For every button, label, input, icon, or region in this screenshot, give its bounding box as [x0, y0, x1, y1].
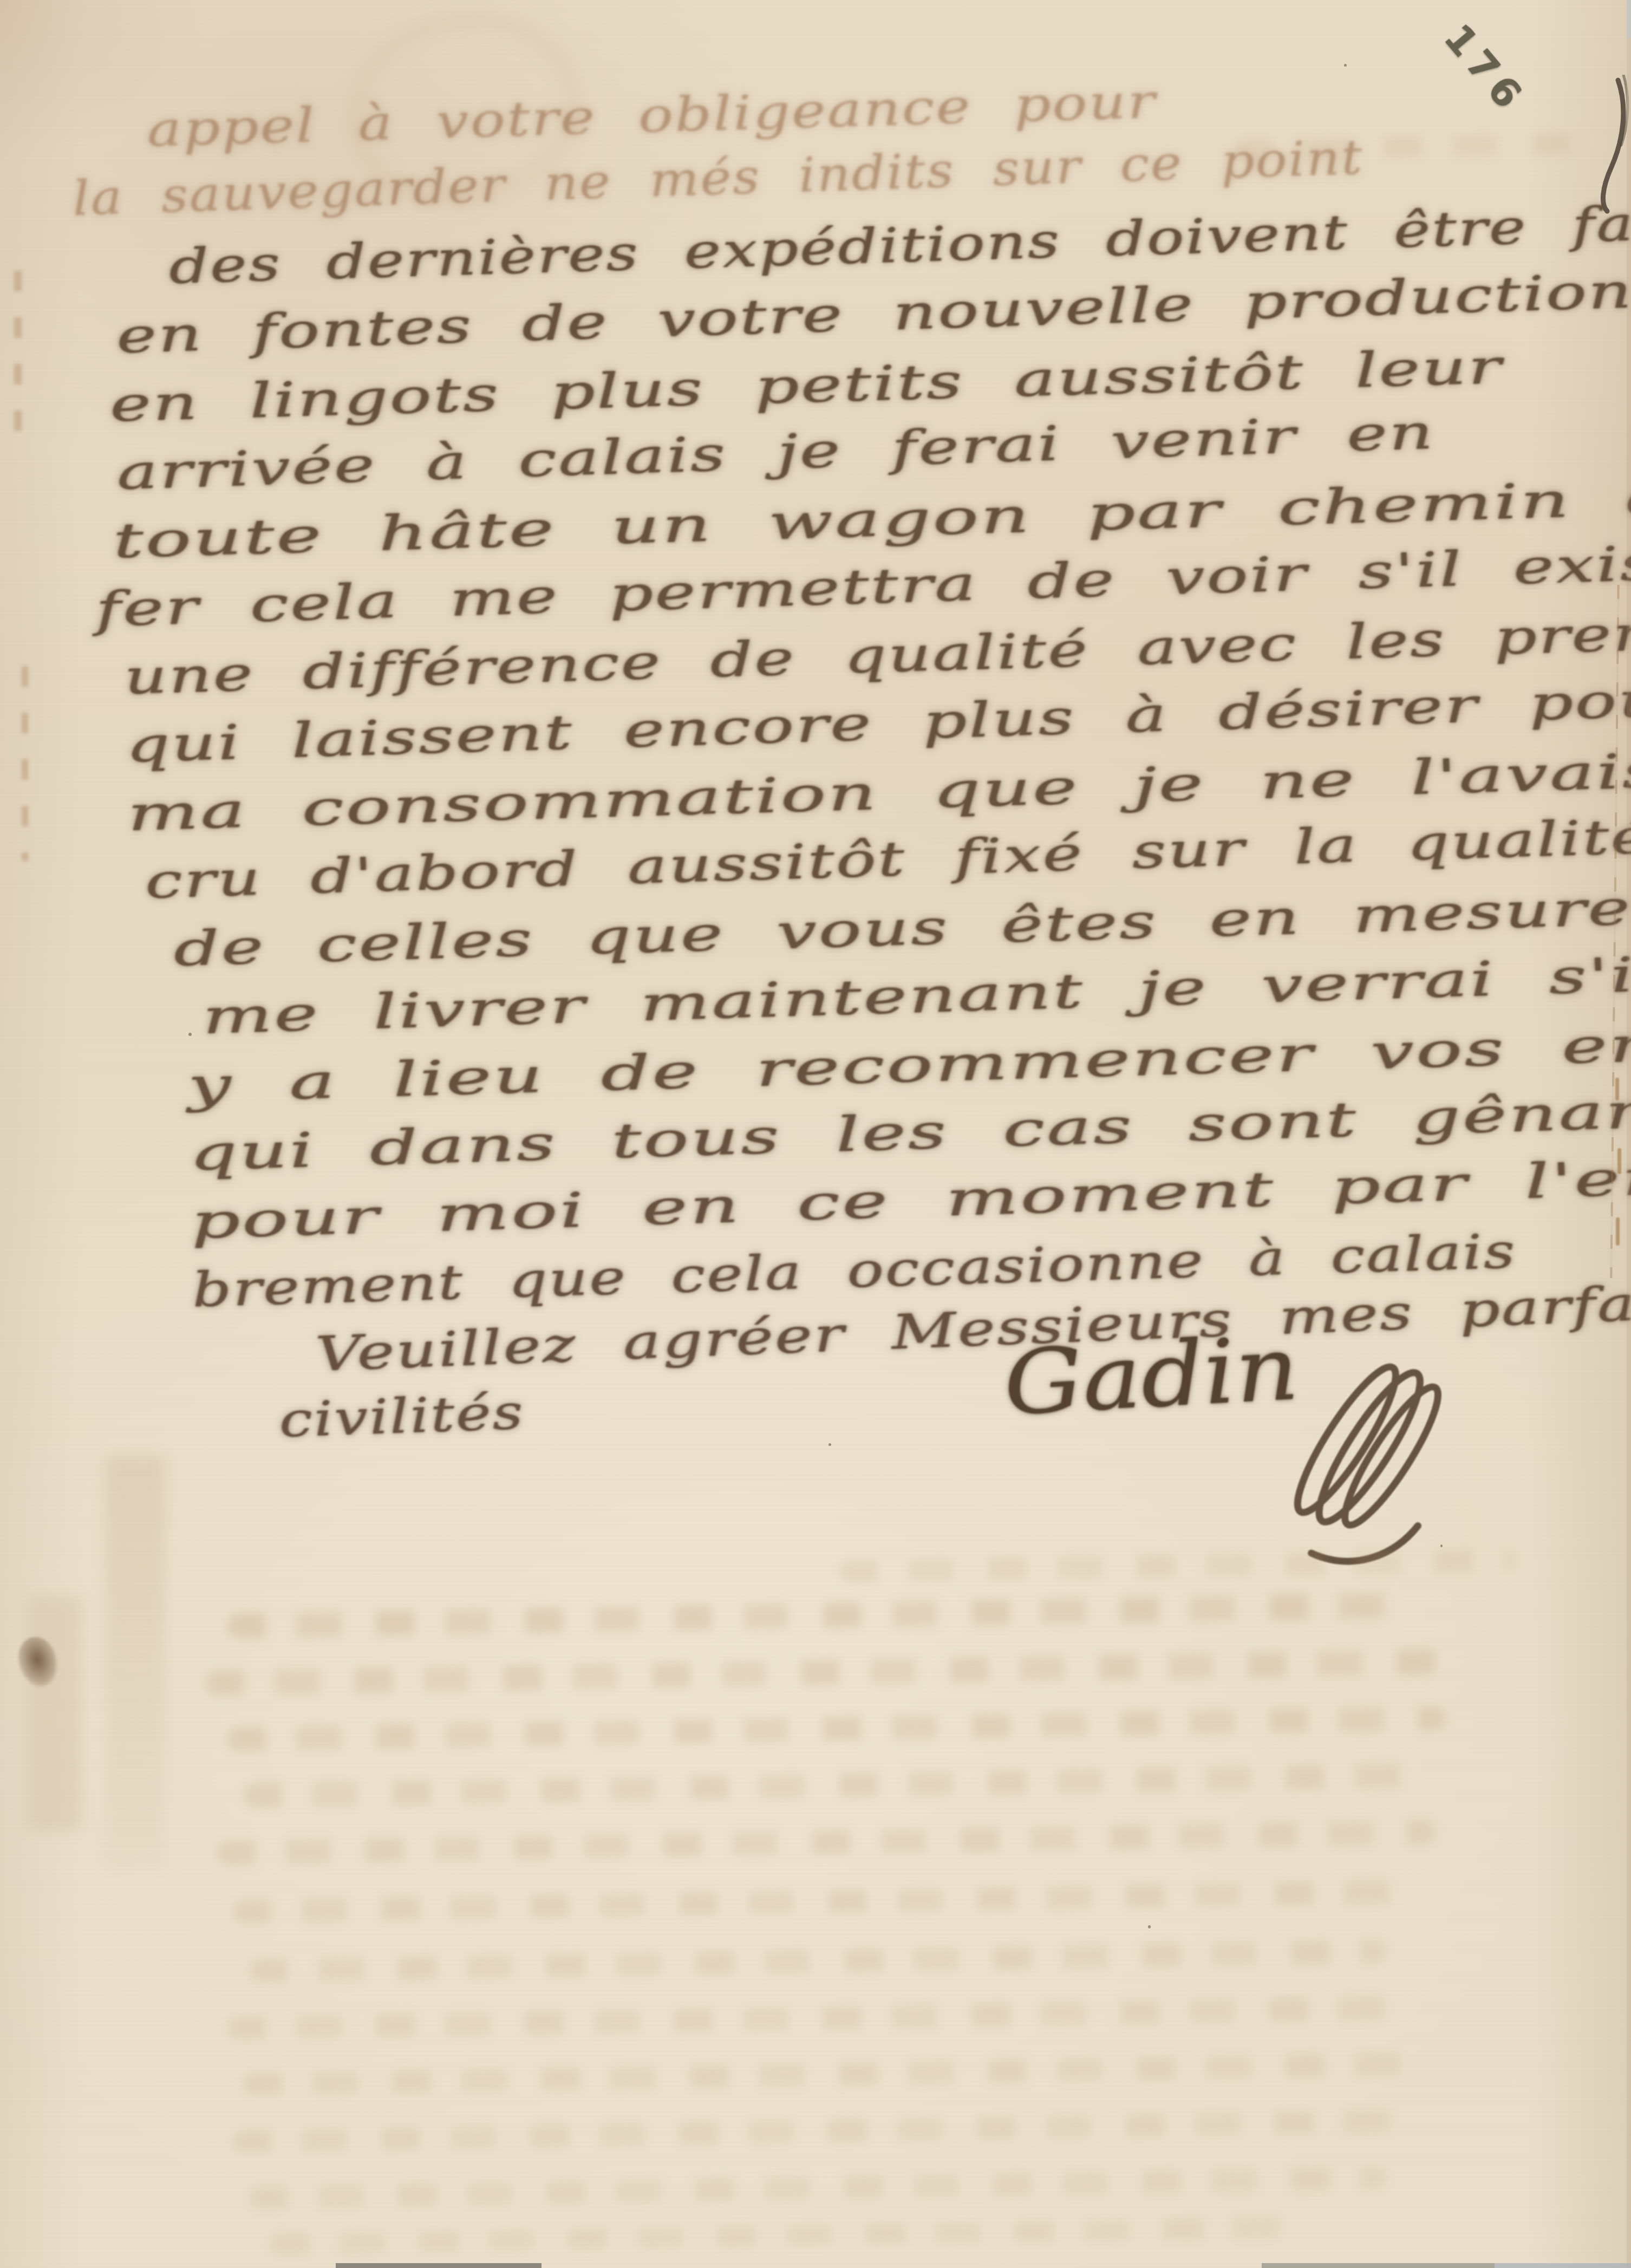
scan-edge: [1627, 0, 1631, 2268]
crease-ink-dash: [1616, 1217, 1620, 1246]
paper-speck: [1148, 1925, 1151, 1928]
crease-ink-dash: [1615, 1078, 1619, 1100]
paper-background: 176 appel à votre obligeance pour la sau…: [0, 0, 1631, 2268]
scan-edge: [0, 2263, 1631, 2268]
paper-speck: [828, 1443, 831, 1446]
left-edge-bleed-mark: [14, 271, 22, 433]
paper-speck: [1440, 1544, 1443, 1547]
signature-flourish-icon: [1242, 1333, 1502, 1578]
crease-ink-dash: [1617, 1148, 1621, 1174]
paper-stain: [106, 1457, 165, 1868]
paper-speck: [188, 1033, 192, 1036]
closing-line: civilités: [278, 1389, 525, 1444]
left-edge-bleed-mark: [22, 666, 28, 861]
paper-speck: [1344, 64, 1347, 67]
paper-stain: [30, 1598, 81, 1830]
letter-body: appel à votre obligeance pour la sauvega…: [0, 0, 1631, 2268]
